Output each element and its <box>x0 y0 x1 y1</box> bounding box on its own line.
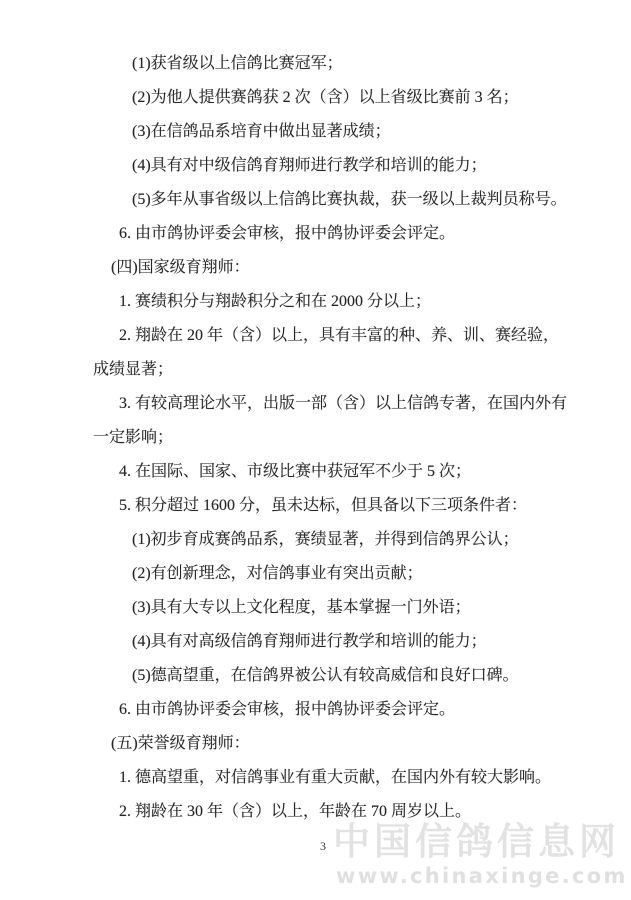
document-line: (2)有创新理念，对信鸽事业有突出贡献； <box>93 557 593 591</box>
document-line: (2)为他人提供赛鸽获 2 次（含）以上省级比赛前 3 名； <box>93 81 593 115</box>
page-number: 3 <box>316 839 330 854</box>
document-line: (3)具有大专以上文化程度，基本掌握一门外语； <box>93 591 593 625</box>
watermark-site-url: www.chinaxinge.com <box>336 864 628 888</box>
document-page: (1)获省级以上信鸽比赛冠军；(2)为他人提供赛鸽获 2 次（含）以上省级比赛前… <box>0 0 631 900</box>
watermark-site-name: 中国信鸽信息网 <box>333 822 620 863</box>
document-line: 3. 有较高理论水平，出版一部（含）以上信鸽专著，在国内外有 <box>93 387 593 421</box>
document-line: (5)多年从事省级以上信鸽比赛执裁，获一级以上裁判员称号。 <box>93 183 593 217</box>
document-line: 6. 由市鸽协评委会审核，报中鸽协评委会评定。 <box>93 217 593 251</box>
document-line: (4)具有对高级信鸽育翔师进行教学和培训的能力； <box>93 625 593 659</box>
document-line: 2. 翔龄在 20 年（含）以上，具有丰富的种、养、训、赛经验， <box>93 319 593 353</box>
document-line: (5)德高望重，在信鸽界被公认有较高威信和良好口碑。 <box>93 659 593 693</box>
document-line: (1)初步育成赛鸽品系，赛绩显著，并得到信鸽界公认； <box>93 523 593 557</box>
document-line: (四)国家级育翔师： <box>93 251 593 285</box>
document-body: (1)获省级以上信鸽比赛冠军；(2)为他人提供赛鸽获 2 次（含）以上省级比赛前… <box>93 47 593 829</box>
document-line: (3)在信鸽品系培育中做出显著成绩； <box>93 115 593 149</box>
document-line: 一定影响； <box>93 421 593 455</box>
document-line: (五)荣誉级育翔师： <box>93 727 593 761</box>
document-line: 成绩显著； <box>93 353 593 387</box>
document-line: (1)获省级以上信鸽比赛冠军； <box>93 47 593 81</box>
document-line: 5. 积分超过 1600 分，虽未达标，但具备以下三项条件者： <box>93 489 593 523</box>
document-line: 6. 由市鸽协评委会审核，报中鸽协评委会评定。 <box>93 693 593 727</box>
document-line: 1. 赛绩积分与翔龄积分之和在 2000 分以上； <box>93 285 593 319</box>
document-line: 1. 德高望重，对信鸽事业有重大贡献，在国内外有较大影响。 <box>93 761 593 795</box>
document-line: (4)具有对中级信鸽育翔师进行教学和培训的能力； <box>93 149 593 183</box>
document-line: 4. 在国际、国家、市级比赛中获冠军不少于 5 次； <box>93 455 593 489</box>
